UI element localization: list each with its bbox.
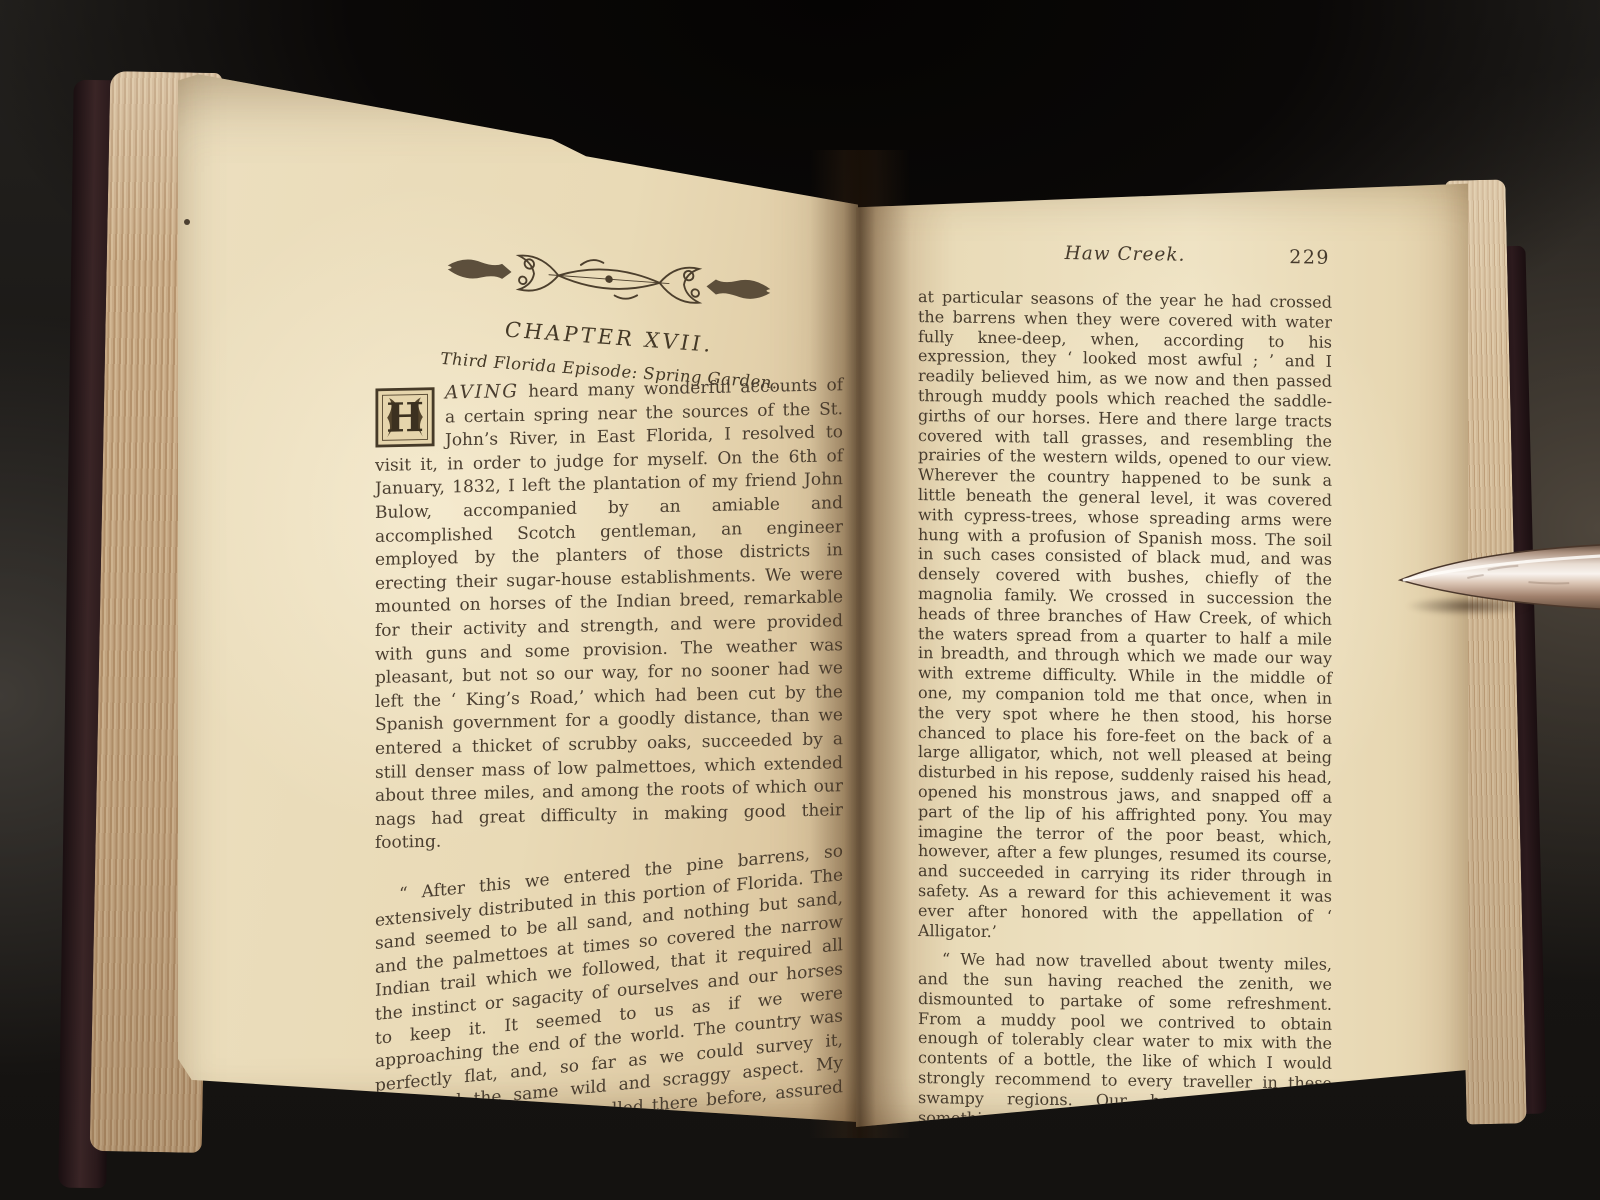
running-header: Haw Creek. bbox=[1065, 243, 1186, 266]
left-page: CHAPTER XVII. Third Florida Episode: Spr… bbox=[178, 70, 858, 1122]
left-paragraph-2: “ After this we entered the pine barrens… bbox=[375, 840, 843, 1169]
open-book-photo: CHAPTER XVII. Third Florida Episode: Spr… bbox=[0, 0, 1600, 1200]
left-paragraph-1: H AVING heard many wonderful accounts of… bbox=[375, 373, 843, 856]
left-page-content: CHAPTER XVII. Third Florida Episode: Spr… bbox=[375, 70, 843, 1169]
drop-cap-letter: H bbox=[375, 392, 435, 445]
right-page-content: Haw Creek. 229 at particular seasons of … bbox=[918, 175, 1332, 1133]
running-header-row: Haw Creek. 229 bbox=[918, 241, 1332, 273]
chapter-ornament-icon bbox=[433, 236, 785, 322]
letter-opener-blade-icon bbox=[1396, 534, 1600, 618]
drop-cap: H bbox=[375, 387, 435, 448]
opening-word: AVING bbox=[445, 381, 519, 404]
right-paragraph-2: “ We had now travelled about twenty mile… bbox=[918, 949, 1332, 1133]
chapter-header-block: CHAPTER XVII. Third Florida Episode: Spr… bbox=[375, 232, 843, 397]
paragraph-text: heard many wonderful accounts of a certa… bbox=[375, 375, 843, 853]
right-page: Haw Creek. 229 at particular seasons of … bbox=[856, 175, 1468, 1127]
foxing-spot bbox=[184, 219, 190, 225]
page-number: 229 bbox=[1289, 246, 1330, 269]
right-paragraph-1: at particular seasons of the year he had… bbox=[918, 287, 1332, 946]
